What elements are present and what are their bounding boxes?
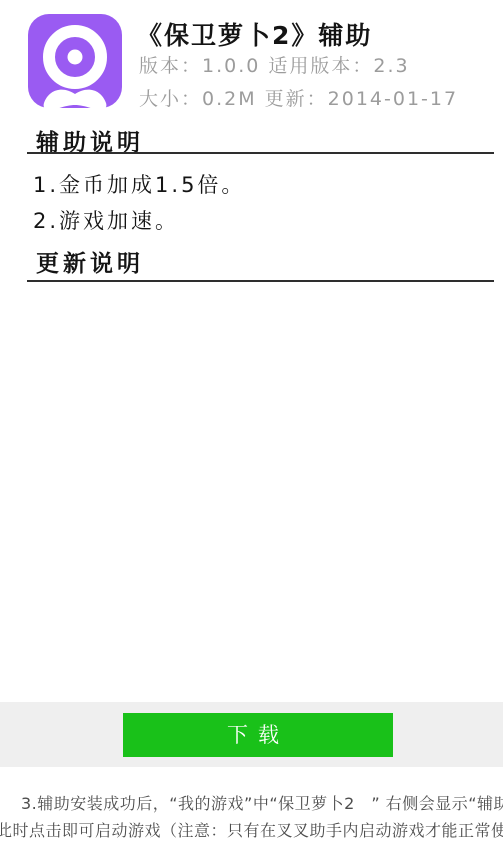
app-icon [28,14,122,108]
app-detail-page: 《保卫萝卜2》辅助 版本：1.0.0 适用版本：2.3 大小：0.2M 更新：2… [0,0,503,863]
divider-update [27,280,494,282]
footer-instructions-line2: 此时点击即可启动游戏（注意：只有在叉叉助手内启动游戏才能正常使用辅助）。 [0,818,503,841]
app-logo-icon [28,14,122,108]
section-heading-update: 更新说明 [36,245,144,278]
helper-item-2: 2.游戏加速。 [33,205,179,235]
footer-instructions-line1: 3.辅助安装成功后，“我的游戏”中“保卫萝卜2 ” 右侧会显示“辅助已开” [21,791,503,814]
helper-item-1: 1.金币加成1.5倍。 [33,169,245,199]
divider-helper [27,152,494,154]
app-title: 《保卫萝卜2》辅助 [137,16,372,52]
app-version-line: 版本：1.0.0 适用版本：2.3 [139,51,410,78]
app-size-line: 大小：0.2M 更新：2014-01-17 [139,84,458,111]
download-band: 下载 [0,702,503,767]
download-button[interactable]: 下载 [123,713,393,757]
